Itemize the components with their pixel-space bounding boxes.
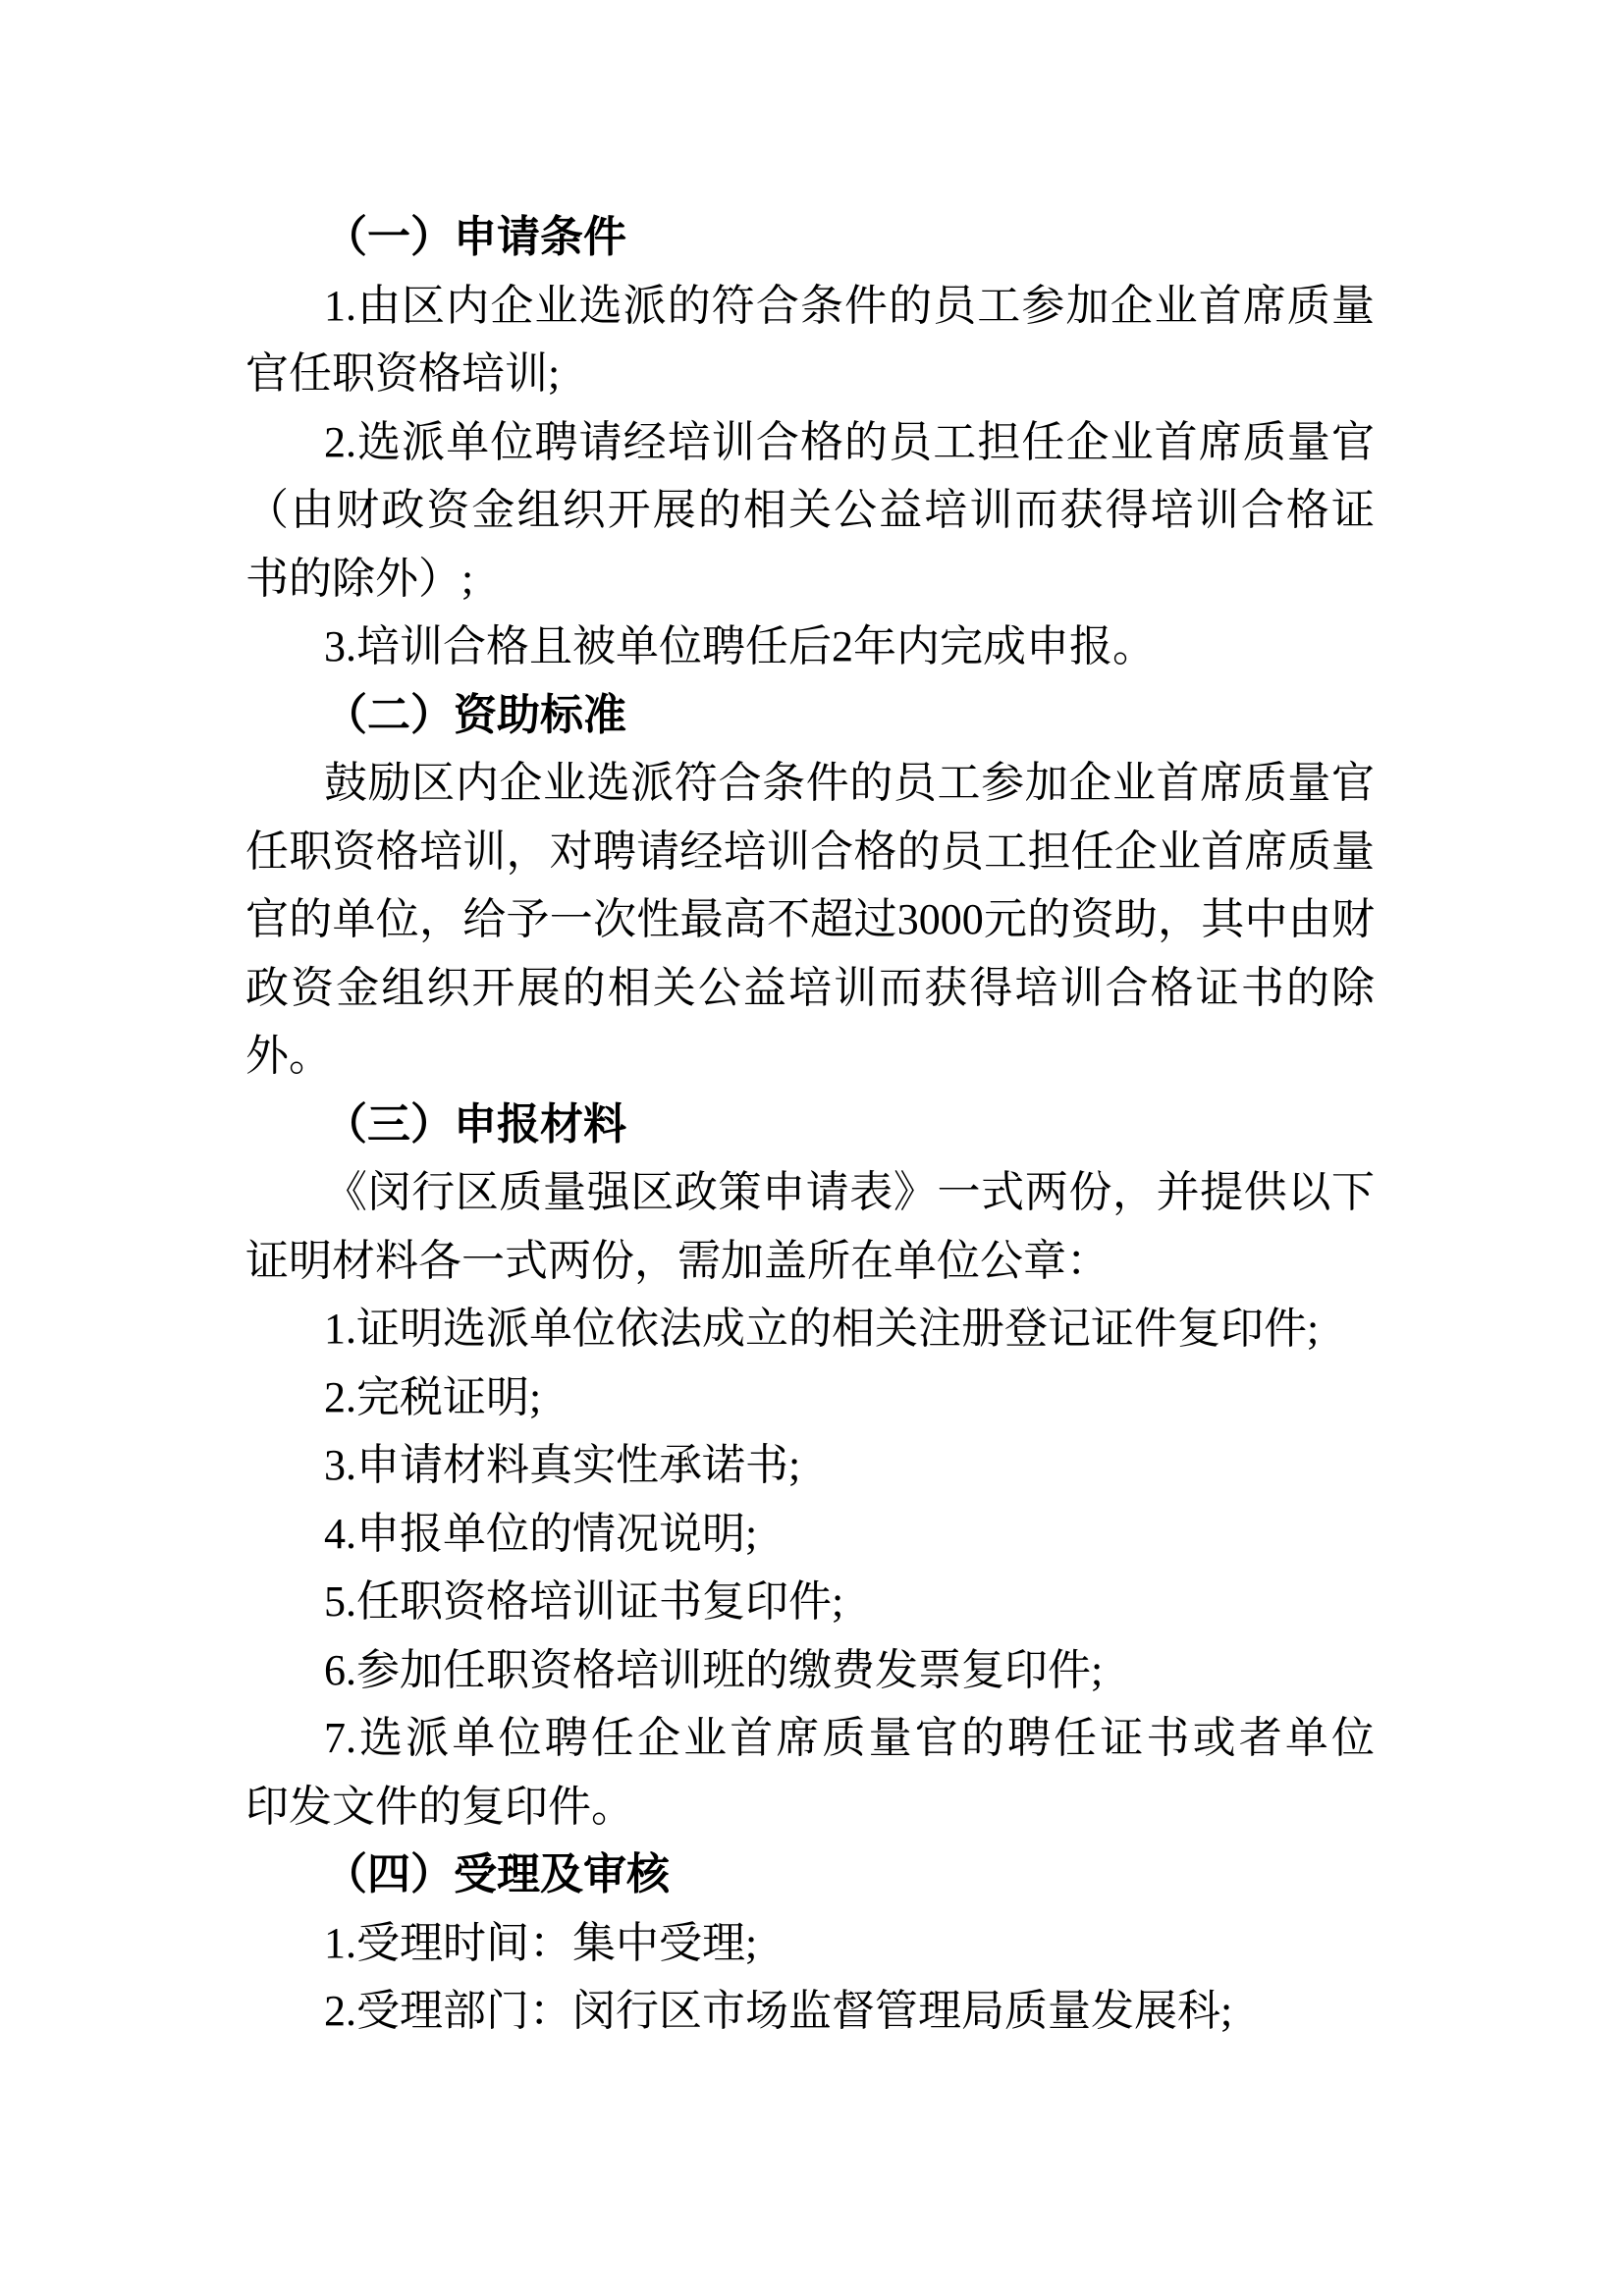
text-line: 3.申请材料真实性承诺书; [245, 1431, 1375, 1500]
text-line: 1.由区内企业选派的符合条件的员工参加企业首席质量 [245, 272, 1375, 341]
text-line: 2.选派单位聘请经培训合格的员工担任企业首席质量官 [245, 408, 1375, 477]
text-line: 鼓励区内企业选派符合条件的员工参加企业首席质量官 [245, 749, 1375, 818]
text-line: 6.参加任职资格培训班的缴费发票复印件; [245, 1636, 1375, 1705]
section-heading-1: （一）申请条件 [245, 203, 1375, 272]
text-line: 书的除外）; [245, 545, 1375, 614]
text-line: 印发文件的复印件。 [245, 1773, 1375, 1842]
text-line: 2.受理部门：闵行区市场监督管理局质量发展科; [245, 1977, 1375, 2046]
text-line: 5.任职资格培训证书复印件; [245, 1568, 1375, 1636]
document-body: （一）申请条件 1.由区内企业选派的符合条件的员工参加企业首席质量 官任职资格培… [245, 203, 1375, 2046]
text-line: 官任职资格培训; [245, 340, 1375, 408]
text-line: 政资金组织开展的相关公益培训而获得培训合格证书的除 [245, 954, 1375, 1023]
section-heading-4: （四）受理及审核 [245, 1841, 1375, 1909]
text-line: 证明材料各一式两份，需加盖所在单位公章： [245, 1227, 1375, 1296]
text-line: 2.完税证明; [245, 1363, 1375, 1432]
text-line: （由财政资金组织开展的相关公益培训而获得培训合格证 [245, 476, 1375, 545]
policy-document-page: （一）申请条件 1.由区内企业选派的符合条件的员工参加企业首席质量 官任职资格培… [0, 0, 1624, 2296]
text-line: 4.申报单位的情况说明; [245, 1500, 1375, 1569]
text-line: 3.培训合格且被单位聘任后2年内完成申报。 [245, 613, 1375, 681]
text-line: 1.证明选派单位依法成立的相关注册登记证件复印件; [245, 1295, 1375, 1363]
text-line: 《闵行区质量强区政策申请表》一式两份，并提供以下 [245, 1158, 1375, 1227]
text-line: 1.受理时间：集中受理; [245, 1909, 1375, 1978]
section-heading-3: （三）申报材料 [245, 1091, 1375, 1159]
text-line: 7.选派单位聘任企业首席质量官的聘任证书或者单位 [245, 1704, 1375, 1773]
section-heading-2: （二）资助标准 [245, 681, 1375, 750]
text-line: 任职资格培训，对聘请经培训合格的员工担任企业首席质量 [245, 818, 1375, 886]
text-line: 官的单位，给予一次性最高不超过3000元的资助，其中由财 [245, 885, 1375, 954]
text-line: 外。 [245, 1022, 1375, 1091]
